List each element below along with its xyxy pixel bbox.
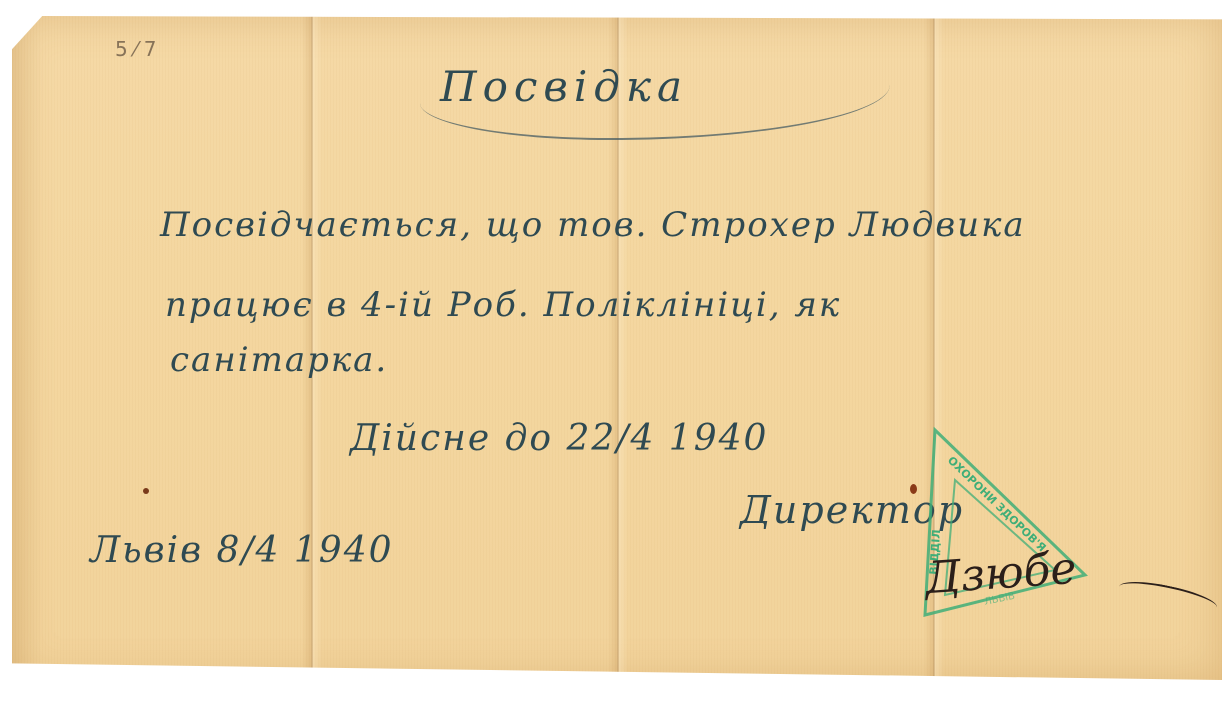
signature: Дзюбе bbox=[923, 543, 1078, 604]
validity-date: Дійсне до 22/4 1940 bbox=[350, 418, 768, 459]
stamp-text-top: ОХОРОНИ ЗДОРОВ'Я bbox=[945, 454, 1049, 555]
corner-marks: 5 ⁄ 7 bbox=[115, 38, 157, 60]
body-line-2: працює в 4-ій Роб. Поліклініці, як bbox=[165, 285, 841, 325]
body-line-1: Посвідчається, що тов. Строхер Людвика bbox=[160, 205, 1026, 245]
body-line-3: санітарка. bbox=[170, 340, 388, 380]
place-and-date: Львів 8/4 1940 bbox=[90, 530, 394, 571]
rust-spot bbox=[910, 484, 917, 494]
document-title: Посвідка bbox=[440, 62, 688, 111]
ink-spot bbox=[143, 488, 149, 494]
